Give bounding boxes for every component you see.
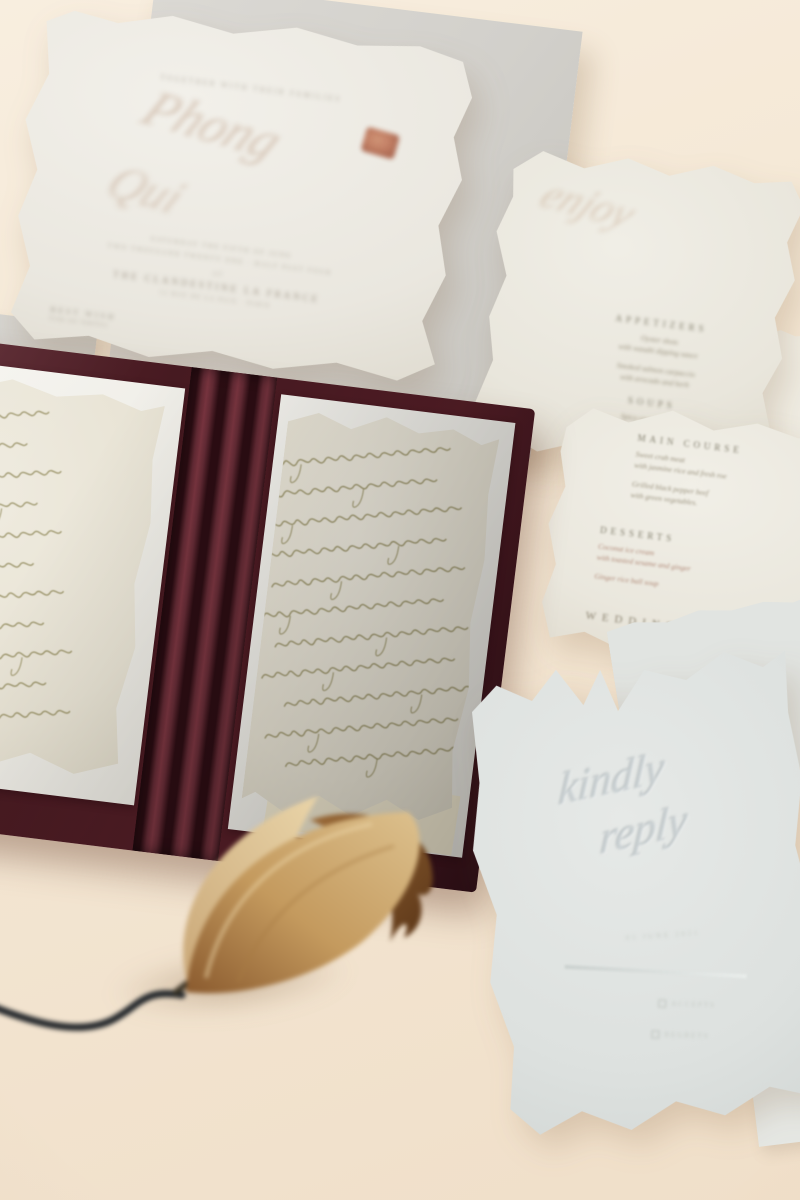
dried-tulip-flower (0, 772, 470, 1107)
invitation-card: Together with their families Saturday th… (0, 0, 482, 393)
rsvp-paper: kindly reply 01 June 2021 accepts regret… (454, 636, 800, 1144)
stationery-photo: Together with their families Saturday th… (0, 0, 800, 1200)
menu-script-heading: enjoy (531, 172, 645, 238)
menu-item-line: with wasabi dipping sauce (618, 342, 698, 361)
invitation-paper: Together with their families Saturday th… (0, 0, 482, 393)
rsvp-option-label: regrets (664, 1031, 709, 1041)
flower-stem (0, 994, 182, 1028)
checkbox-icon (658, 999, 666, 1007)
invitation-text-block: Together with their families Saturday th… (0, 0, 482, 393)
rsvp-option-label: accepts (671, 1000, 716, 1010)
rsvp-option-accepts: accepts (658, 999, 716, 1009)
menu-item-line: Ginger rice ball soup (594, 571, 659, 588)
rsvp-date-line: 01 June 2021 (568, 924, 758, 946)
menu-section-main-course: Main Course Sweet crab meat with jasmine… (629, 433, 800, 536)
flower-petal-main (186, 812, 420, 993)
rsvp-option-regrets: regrets (651, 1030, 709, 1040)
checkbox-icon (651, 1030, 659, 1038)
rsvp-card: kindly reply 01 June 2021 accepts regret… (454, 636, 800, 1144)
rsvp-writein-line (565, 965, 747, 979)
